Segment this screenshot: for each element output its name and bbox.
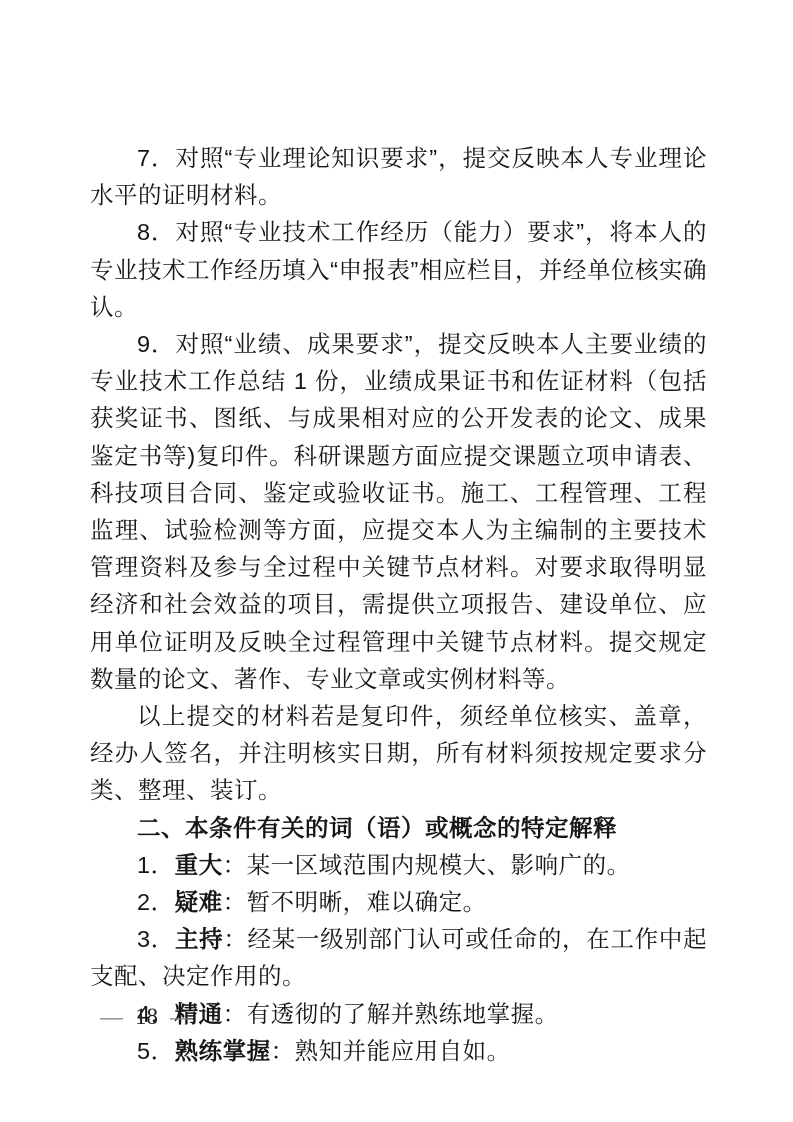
page-footer: — 18 — <box>100 1002 193 1032</box>
definition-2-yinan-text: 疑难 <box>175 889 223 915</box>
definition-3-zhuchi-text: 3． <box>137 926 175 952</box>
definition-1-zhongda: 1．重大：某一区域范围内规模大、影响广的。 <box>90 847 707 884</box>
paragraph-copies-note-text: 以上提交的材料若是复印件，须经单位核实、盖章，经办人签名，并注明核实日期，所有材… <box>90 703 707 803</box>
paragraph-item-7: 7．对照“专业理论知识要求”，提交反映本人专业理论水平的证明材料。 <box>90 140 707 214</box>
document-body: 7．对照“专业理论知识要求”，提交反映本人专业理论水平的证明材料。8．对照“专业… <box>90 140 707 1070</box>
definition-5-shulianzhangwo-text: 熟练掌握 <box>175 1038 271 1064</box>
section-heading-definitions: 二、本条件有关的词（语）或概念的特定解释 <box>90 810 707 847</box>
page-number-dash-right: — <box>170 1004 193 1030</box>
page-number: 18 <box>135 1002 158 1032</box>
definition-4-jingtong-text: ：有透彻的了解并熟练地掌握。 <box>223 1001 559 1027</box>
definition-5-shulianzhangwo: 5．熟练掌握：熟知并能应用自如。 <box>90 1033 707 1070</box>
definition-3-zhuchi-text: 主持 <box>175 926 223 952</box>
paragraph-item-8-text: 8．对照“专业技术工作经历（能力）要求”，将本人的专业技术工作经历填入“申报表”… <box>90 219 707 319</box>
paragraph-copies-note: 以上提交的材料若是复印件，须经单位核实、盖章，经办人签名，并注明核实日期，所有材… <box>90 698 707 810</box>
paragraph-item-9-text: 9．对照“业绩、成果要求”，提交反映本人主要业绩的专业技术工作总结 1 份，业绩… <box>90 331 707 692</box>
definition-2-yinan-text: ：暂不明晰，难以确定。 <box>223 889 487 915</box>
definition-5-shulianzhangwo-text: ：熟知并能应用自如。 <box>271 1038 511 1064</box>
document-page: 7．对照“专业理论知识要求”，提交反映本人专业理论水平的证明材料。8．对照“专业… <box>0 0 793 1122</box>
paragraph-item-9: 9．对照“业绩、成果要求”，提交反映本人主要业绩的专业技术工作总结 1 份，业绩… <box>90 326 707 698</box>
definition-3-zhuchi: 3．主持：经某一级别部门认可或任命的，在工作中起支配、决定作用的。 <box>90 921 707 995</box>
definition-1-zhongda-text: 1． <box>137 852 175 878</box>
definition-2-yinan: 2．疑难：暂不明晰，难以确定。 <box>90 884 707 921</box>
paragraph-item-7-text: 7．对照“专业理论知识要求”，提交反映本人专业理论水平的证明材料。 <box>90 145 707 208</box>
definition-5-shulianzhangwo-text: 5． <box>137 1038 175 1064</box>
definition-1-zhongda-text: 重大 <box>175 852 223 878</box>
definition-2-yinan-text: 2． <box>137 889 175 915</box>
definition-1-zhongda-text: ：某一区域范围内规模大、影响广的。 <box>223 852 631 878</box>
paragraph-item-8: 8．对照“专业技术工作经历（能力）要求”，将本人的专业技术工作经历填入“申报表”… <box>90 214 707 326</box>
section-heading-definitions-text: 二、本条件有关的词（语）或概念的特定解释 <box>137 815 617 841</box>
page-number-dash-left: — <box>100 1004 123 1030</box>
